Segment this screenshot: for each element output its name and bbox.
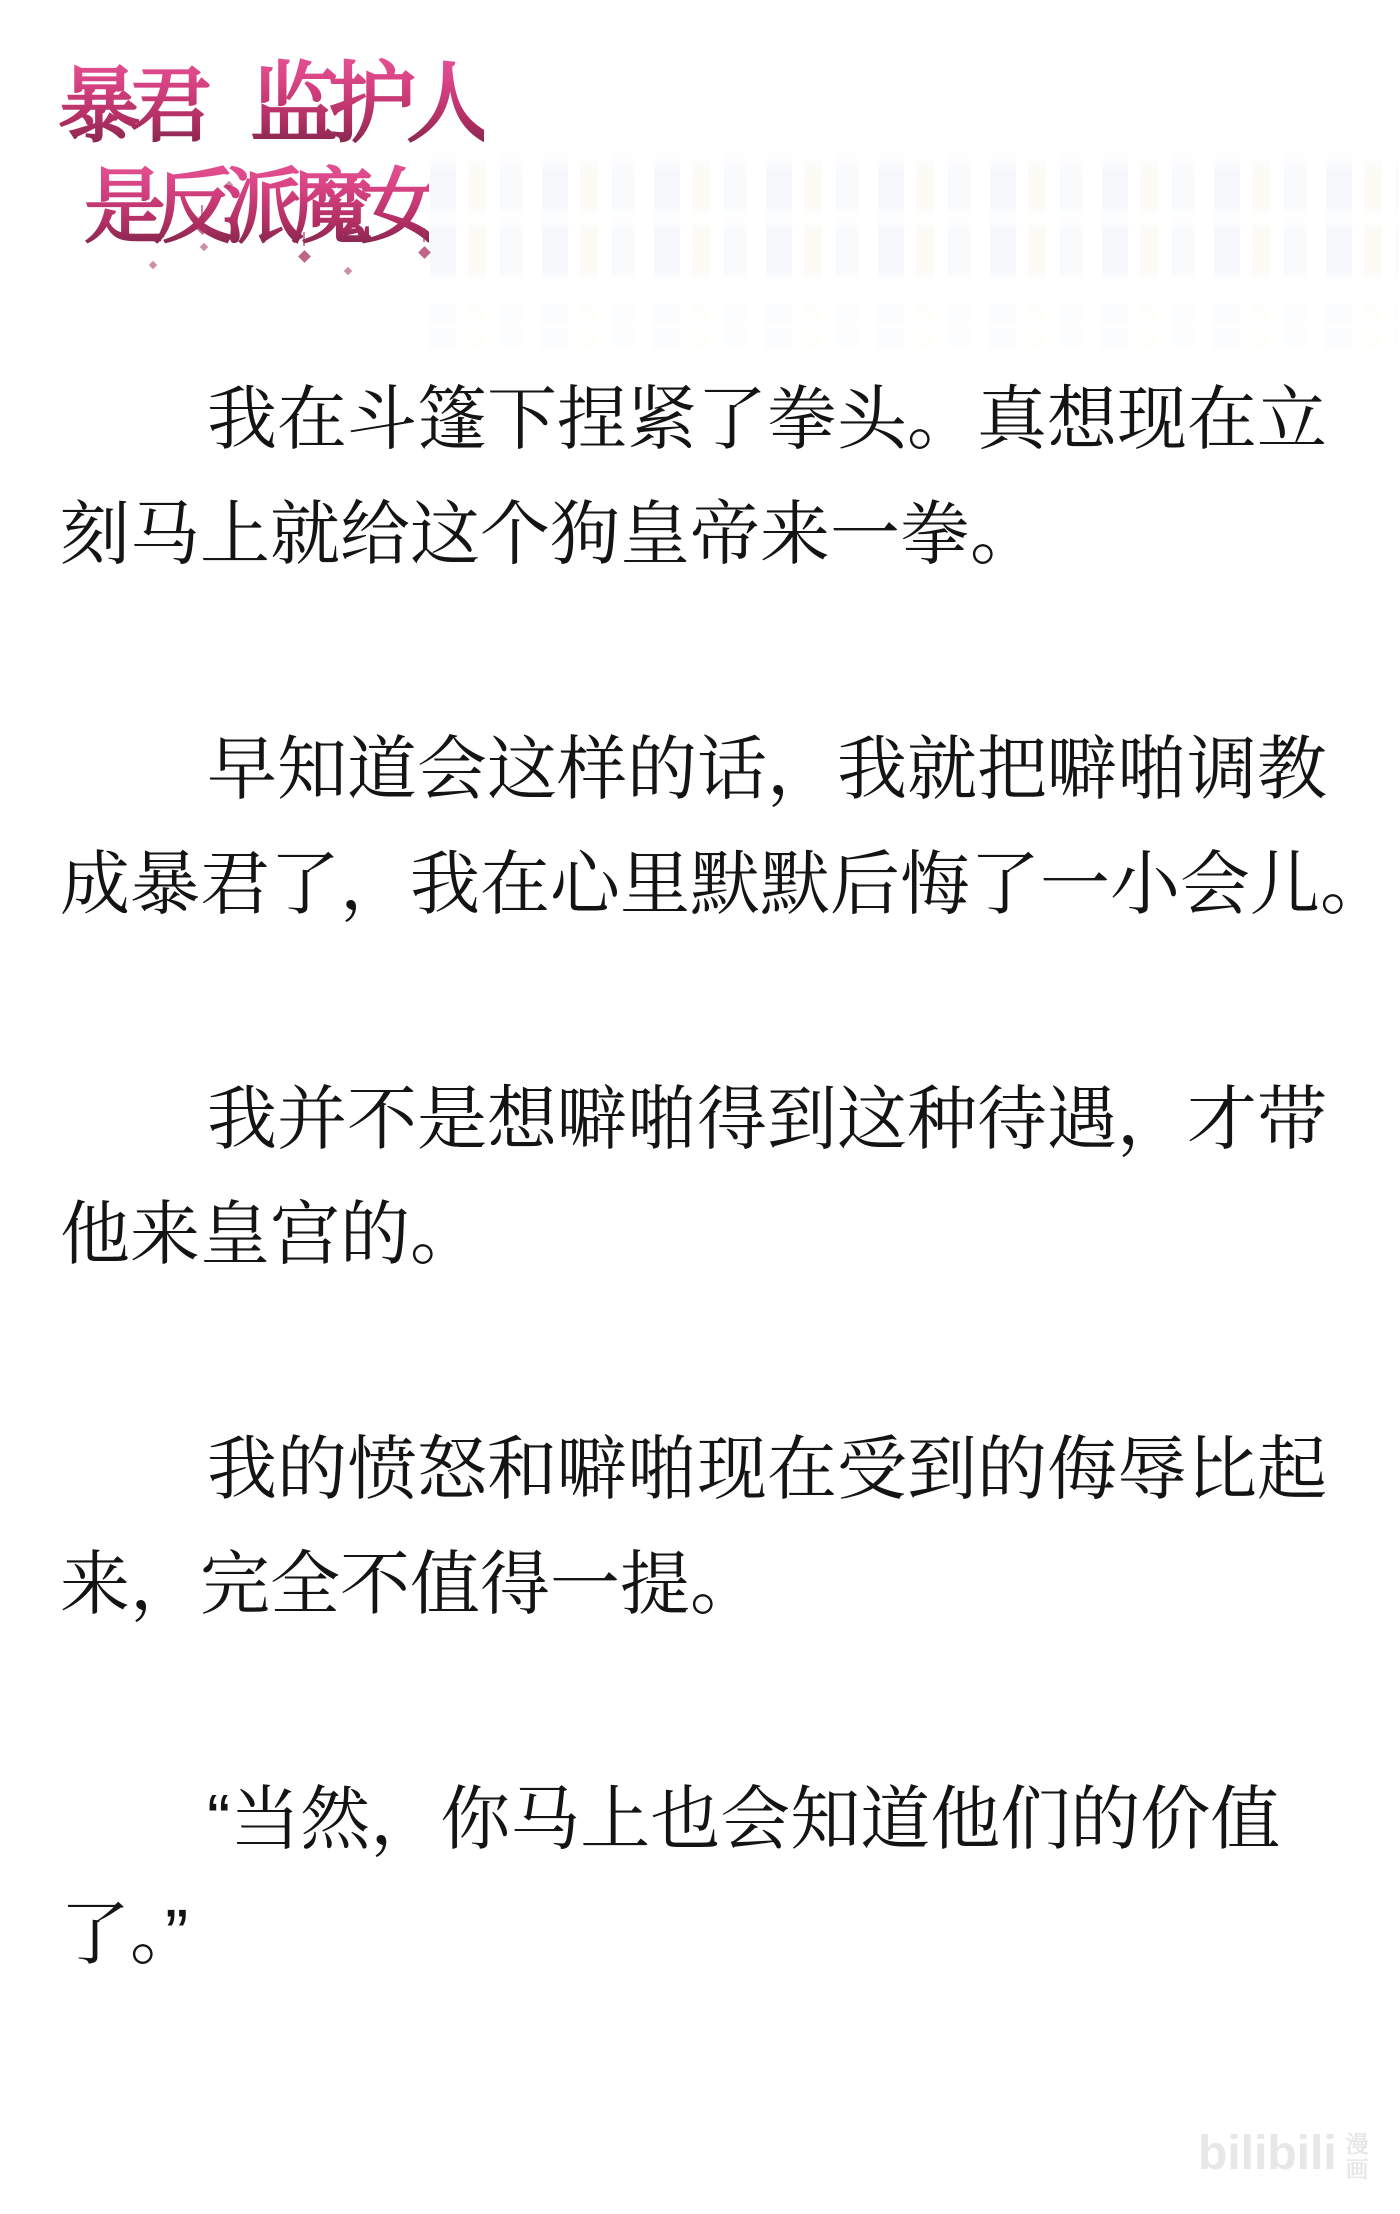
- manhua-char: 漫: [1346, 2132, 1369, 2157]
- text-line: 我的愤怒和噼啪现在受到的侮辱比起: [60, 1412, 1350, 1527]
- text-line: “当然，你马上也会知道他们的价值: [60, 1762, 1350, 1877]
- novel-text-body: 我在斗篷下捏紧了拳头。真想现在立刻马上就给这个狗皇帝来一拳。早知道会这样的话，我…: [0, 362, 1400, 2112]
- sparkle-decoration-icon: [303, 232, 305, 246]
- text-line: 我并不是想噼啪得到这种待遇，才带: [60, 1062, 1350, 1177]
- sparkle-decoration-icon: [149, 261, 157, 269]
- paragraph: 我并不是想噼啪得到这种待遇，才带他来皇宫的。: [60, 1062, 1350, 1292]
- series-title-segment: 暴君: [58, 41, 202, 158]
- bilibili-logo: bilibili: [1198, 2122, 1337, 2186]
- novel-page: 暴君 的 监护人 是反派魔女 我在斗篷下捏紧了拳头。真想现在立刻马上就给这个狗皇…: [0, 0, 1400, 2214]
- text-line: 刻马上就给这个狗皇帝来一拳。: [60, 477, 1350, 592]
- paragraph: 我在斗篷下捏紧了拳头。真想现在立刻马上就给这个狗皇帝来一拳。: [60, 362, 1350, 592]
- text-line: 早知道会这样的话，我就把噼啪调教: [60, 712, 1350, 827]
- text-line: 成暴君了，我在心里默默后悔了一小会儿。: [60, 827, 1350, 942]
- text-line: 我在斗篷下捏紧了拳头。真想现在立: [60, 362, 1350, 477]
- text-line: 他来皇宫的。: [60, 1177, 1350, 1292]
- paragraph: “当然，你马上也会知道他们的价值了。”: [60, 1762, 1350, 1992]
- sparkle-decoration-icon: [344, 267, 352, 275]
- text-line: 了。”: [60, 1877, 1350, 1992]
- text-line: 来，完全不值得一提。: [60, 1527, 1350, 1642]
- background-watermark-pattern: [430, 148, 1398, 288]
- series-title-segment: 的: [196, 69, 254, 153]
- bilibili-watermark: bilibili 漫 画: [1198, 2122, 1369, 2186]
- sparkle-decoration-icon: [423, 228, 425, 242]
- background-watermark-pattern: [430, 298, 1398, 353]
- paragraph: 早知道会这样的话，我就把噼啪调教成暴君了，我在心里默默后悔了一小会儿。: [60, 712, 1350, 942]
- manhua-label: 漫 画: [1346, 2132, 1369, 2182]
- sparkle-decoration-icon: [201, 205, 203, 219]
- paragraph: 我的愤怒和噼啪现在受到的侮辱比起来，完全不值得一提。: [60, 1412, 1350, 1642]
- series-title-logo: 暴君 的 监护人 是反派魔女: [0, 0, 560, 330]
- series-title-line2: 是反派魔女: [84, 142, 429, 259]
- manhua-char: 画: [1346, 2157, 1369, 2182]
